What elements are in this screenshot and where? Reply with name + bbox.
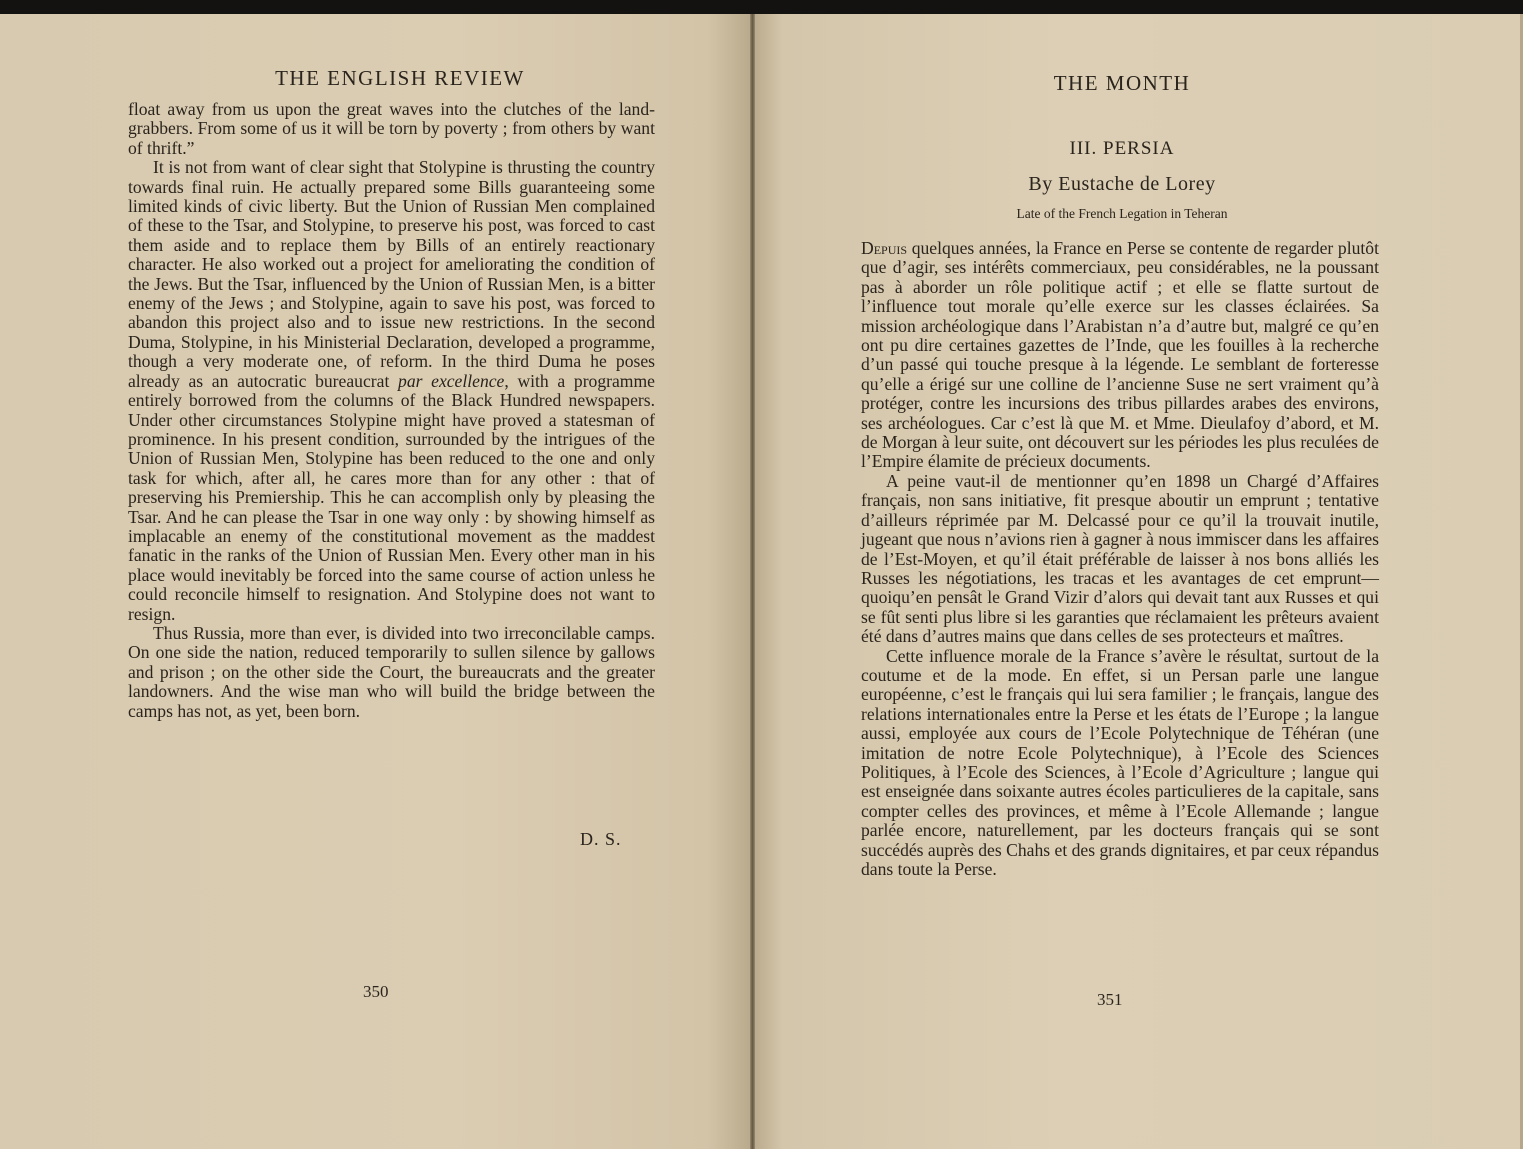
book-spread: THE ENGLISH REVIEW float away from us up…	[0, 14, 1523, 1149]
italic-phrase: par excellence	[398, 371, 504, 391]
running-head: THE MONTH	[852, 71, 1392, 96]
body-text: float away from us upon the great waves …	[128, 100, 655, 721]
book-gutter	[750, 14, 755, 1149]
author-affiliation: Late of the French Legation in Teheran	[852, 206, 1392, 222]
page-number: 350	[363, 982, 389, 1002]
paragraph: Depuis quelques années, la France en Per…	[861, 239, 1379, 472]
left-page: THE ENGLISH REVIEW float away from us up…	[0, 14, 752, 1149]
page-number: 351	[1097, 990, 1123, 1010]
paragraph-text: It is not from want of clear sight that …	[128, 157, 655, 390]
body-text: Depuis quelques années, la France en Per…	[861, 239, 1379, 879]
paragraph: Thus Russia, more than ever, is divided …	[128, 624, 655, 721]
paragraph: Cette influence morale de la France s’av…	[861, 647, 1379, 880]
right-page: THE MONTH III. PERSIA By Eustache de Lor…	[752, 14, 1523, 1149]
drop-word: Depuis	[861, 238, 907, 258]
author-initials: D. S.	[580, 829, 622, 850]
paragraph-text: , with a programme entirely borrowed fro…	[128, 371, 655, 624]
article-title: III. PERSIA	[852, 138, 1392, 160]
paragraph: float away from us upon the great waves …	[128, 100, 655, 158]
byline: By Eustache de Lorey	[852, 173, 1392, 196]
paragraph-text: quelques années, la France en Perse se c…	[861, 238, 1379, 471]
running-head: THE ENGLISH REVIEW	[120, 66, 680, 91]
paragraph: A peine vaut-il de mentionner qu’en 1898…	[861, 472, 1379, 647]
paragraph: It is not from want of clear sight that …	[128, 158, 655, 624]
